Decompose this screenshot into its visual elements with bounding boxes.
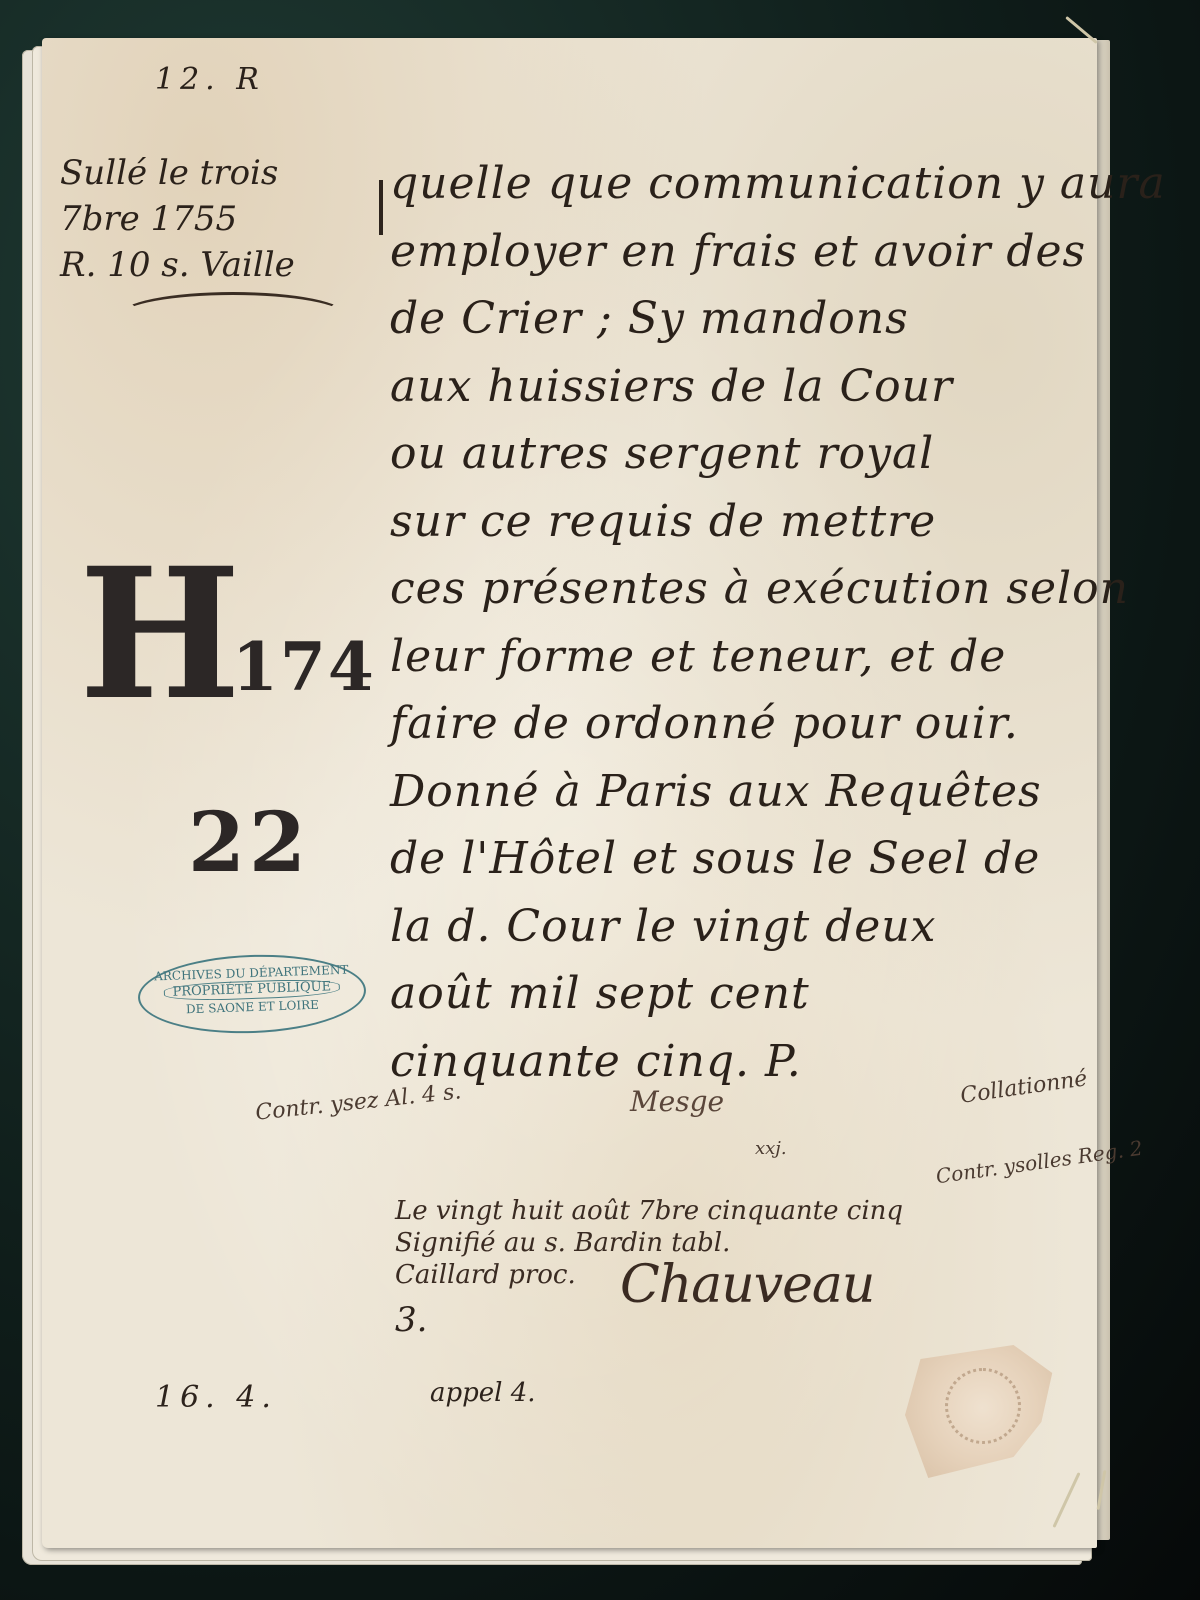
body-line: août mil sept cent bbox=[390, 960, 1110, 1028]
archive-item-number: 22 bbox=[188, 795, 310, 891]
body-line: sur ce requis de mettre bbox=[390, 488, 1110, 556]
margin-note-line: R. 10 s. Vaille bbox=[60, 242, 370, 288]
bottom-note-mid-1: 3. bbox=[395, 1300, 427, 1340]
signature-center-sub: xxj. bbox=[755, 1138, 787, 1159]
body-line: de Crier ; Sy mandons bbox=[390, 285, 1110, 353]
margin-divider-stroke bbox=[379, 180, 383, 235]
endorsement-signature: Chauveau bbox=[620, 1255, 874, 1315]
folio-number: 12. R bbox=[155, 62, 265, 97]
body-line: la d. Cour le vingt deux bbox=[390, 893, 1110, 961]
body-line: leur forme et teneur, et de bbox=[390, 623, 1110, 691]
body-line: ou autres sergent royal bbox=[390, 420, 1110, 488]
body-line: de l'Hôtel et sous le Seel de bbox=[390, 825, 1110, 893]
body-line: aux huissiers de la Cour bbox=[390, 353, 1110, 421]
flourish-icon bbox=[120, 292, 346, 338]
margin-note-line: Sullé le trois bbox=[60, 150, 370, 196]
margin-note: Sullé le trois 7bre 1755 R. 10 s. Vaille bbox=[60, 150, 370, 338]
body-line: faire de ordonné pour ouir. bbox=[390, 690, 1110, 758]
bottom-note-mid-2: appel 4. bbox=[430, 1378, 536, 1408]
margin-note-line: 7bre 1755 bbox=[60, 196, 370, 242]
body-line: employer en frais et avoir des bbox=[390, 218, 1110, 286]
body-line: Donné à Paris aux Requêtes bbox=[390, 758, 1110, 826]
seal-ring bbox=[945, 1368, 1021, 1444]
signature-center: Mesge bbox=[630, 1085, 724, 1118]
archive-series-letter: H bbox=[79, 545, 237, 725]
manuscript-body: quelle que communication y aura employer… bbox=[390, 150, 1110, 1095]
endorsement-line: Le vingt huit août 7bre cinquante cinq bbox=[395, 1195, 903, 1227]
body-line: quelle que communication y aura bbox=[390, 150, 1110, 218]
bottom-note-left: 16. 4. bbox=[155, 1380, 277, 1415]
archive-series-number: 174 bbox=[232, 628, 376, 706]
body-line: ces présentes à exécution selon bbox=[390, 555, 1110, 623]
